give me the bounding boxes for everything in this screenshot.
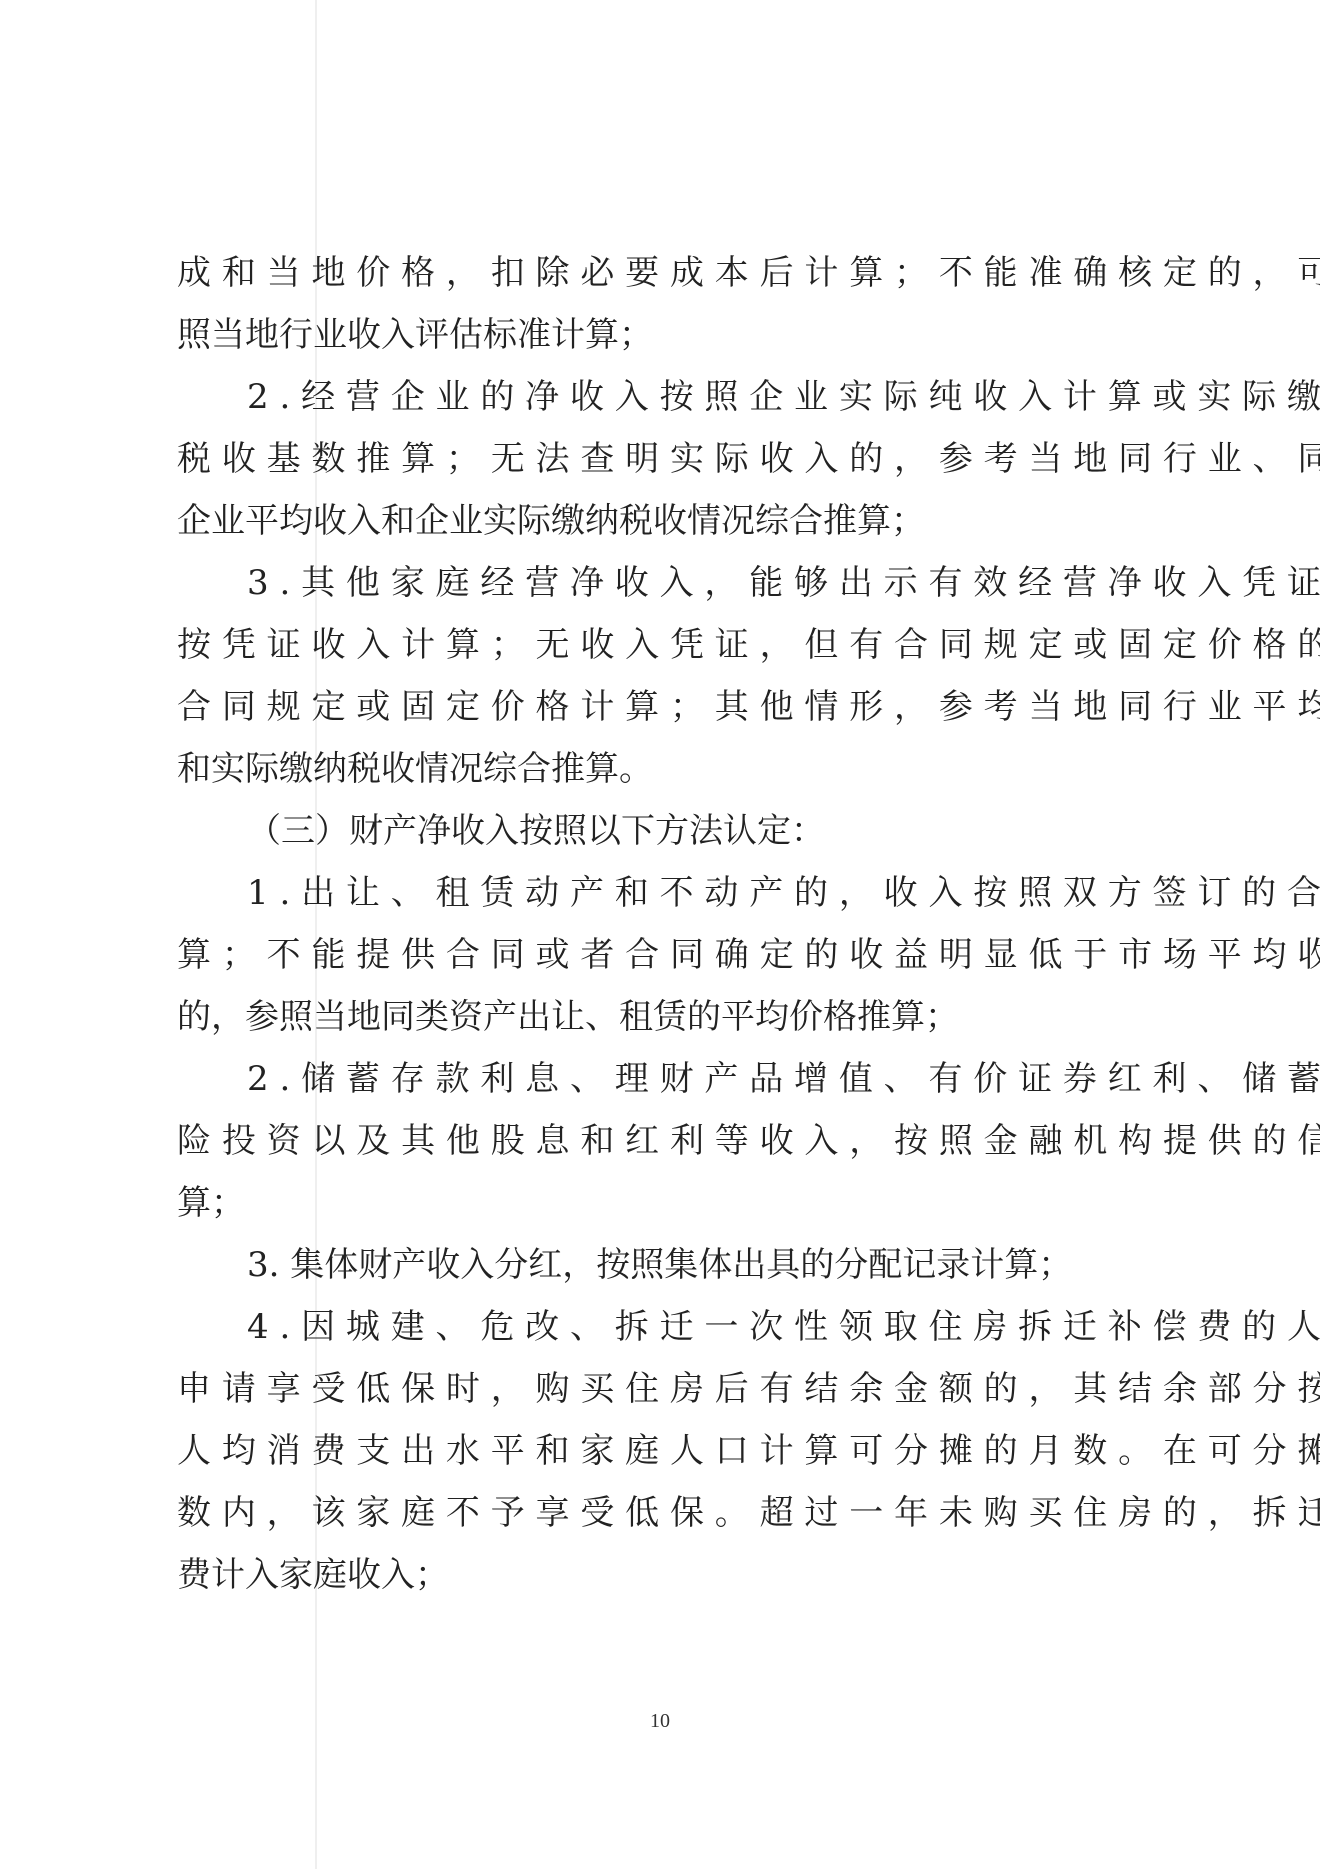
text-line: 3. 集体财产收入分红，按照集体出具的分配记录计算； bbox=[177, 1243, 1145, 1287]
text-line: 人 均 消 费 支 出 水 平 和 家 庭 人 口 计 算 可 分 摊 的 月 … bbox=[177, 1429, 1145, 1473]
text-line: 3 . 其 他 家 庭 经 营 净 收 入 ， 能 够 出 示 有 效 经 营 … bbox=[177, 561, 1145, 605]
text-line: 和实际缴纳税收情况综合推算。 bbox=[177, 747, 1145, 791]
text-line: 数 内 ， 该 家 庭 不 予 享 受 低 保 。 超 过 一 年 未 购 买 … bbox=[177, 1491, 1145, 1535]
text-line: 险 投 资 以 及 其 他 股 息 和 红 利 等 收 入 ， 按 照 金 融 … bbox=[177, 1119, 1145, 1163]
section-heading: （三）财产净收入按照以下方法认定： bbox=[177, 809, 1145, 853]
text-line: 照当地行业收入评估标准计算； bbox=[177, 313, 1145, 357]
text-line: 合 同 规 定 或 固 定 价 格 计 算 ； 其 他 情 形 ， 参 考 当 … bbox=[177, 685, 1145, 729]
text-line: 税 收 基 数 推 算 ； 无 法 查 明 实 际 收 入 的 ， 参 考 当 … bbox=[177, 437, 1145, 481]
text-line: 费计入家庭收入； bbox=[177, 1553, 1145, 1597]
text-line: 2 . 经 营 企 业 的 净 收 入 按 照 企 业 实 际 纯 收 入 计 … bbox=[177, 375, 1145, 419]
text-line: 企业平均收入和企业实际缴纳税收情况综合推算； bbox=[177, 499, 1145, 543]
text-line: 算 ； 不 能 提 供 合 同 或 者 合 同 确 定 的 收 益 明 显 低 … bbox=[177, 933, 1145, 977]
text-line: 1 . 出 让 、 租 赁 动 产 和 不 动 产 的 ， 收 入 按 照 双 … bbox=[177, 871, 1145, 915]
text-line: 按 凭 证 收 入 计 算 ； 无 收 入 凭 证 ， 但 有 合 同 规 定 … bbox=[177, 623, 1145, 667]
text-line: 算； bbox=[177, 1181, 1145, 1225]
text-line: 2 . 储 蓄 存 款 利 息 、 理 财 产 品 增 值 、 有 价 证 券 … bbox=[177, 1057, 1145, 1101]
text-line: 申 请 享 受 低 保 时 ， 购 买 住 房 后 有 结 余 金 额 的 ， … bbox=[177, 1367, 1145, 1411]
text-line: 成 和 当 地 价 格 ， 扣 除 必 要 成 本 后 计 算 ； 不 能 准 … bbox=[177, 251, 1145, 295]
document-page-body: 成 和 当 地 价 格 ， 扣 除 必 要 成 本 后 计 算 ； 不 能 准 … bbox=[177, 0, 1145, 1869]
page-number: 10 bbox=[0, 1710, 1320, 1733]
text-line: 的，参照当地同类资产出让、租赁的平均价格推算； bbox=[177, 995, 1145, 1039]
text-line: 4 . 因 城 建 、 危 改 、 拆 迁 一 次 性 领 取 住 房 拆 迁 … bbox=[177, 1305, 1145, 1349]
